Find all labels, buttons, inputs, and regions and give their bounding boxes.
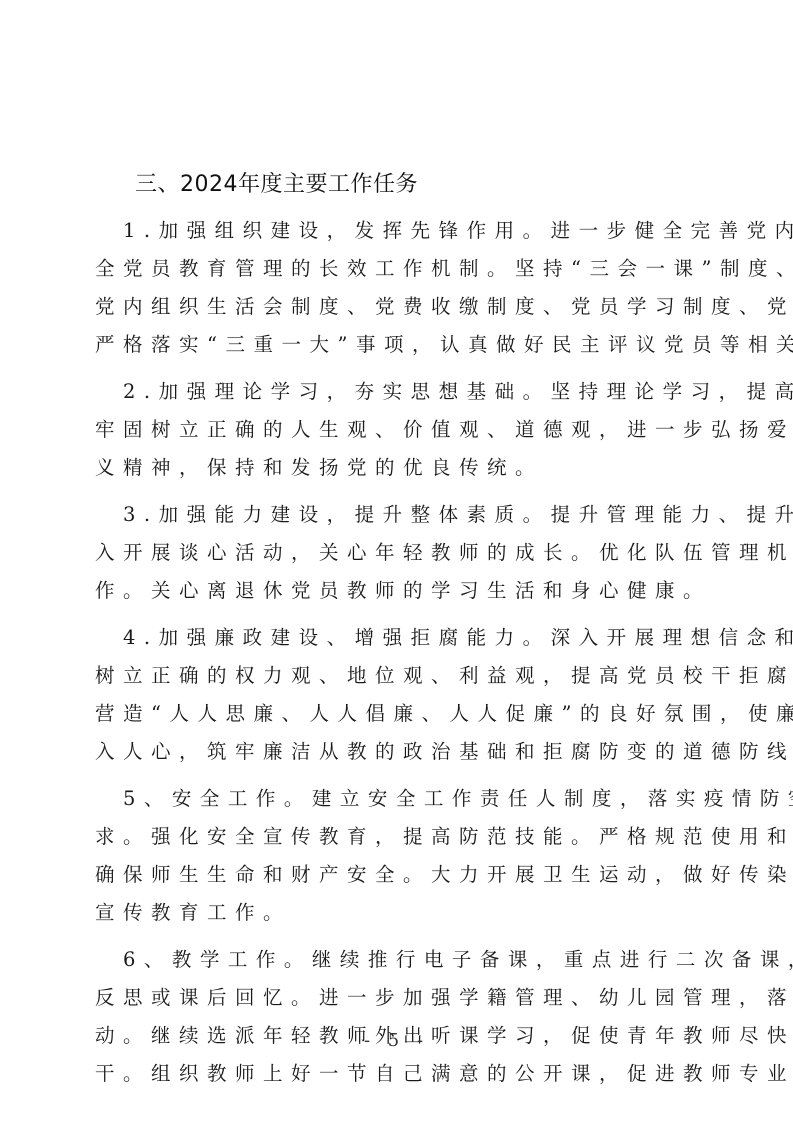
text-line: 严格落实“三重一大”事项，认真做好民主评议党员等相关工作。 — [95, 326, 700, 364]
paragraph-4: 4.加强廉政建设、增强拒腐能力。深入开展理想信念和廉洁从教教育， 树立正确的权力… — [95, 619, 700, 771]
text-line: 4.加强廉政建设、增强拒腐能力。深入开展理想信念和廉洁从教教育， — [95, 619, 700, 657]
text-line: 宣传教育工作。 — [95, 894, 700, 932]
page-number: - 5 - — [0, 1030, 793, 1051]
text-line: 党内组织生活会制度、党费收缴制度、党员学习制度、党员发展制度等。 — [95, 288, 700, 326]
text-line: 3.加强能力建设，提升整体素质。提升管理能力、提升师德水平、深 — [95, 496, 700, 534]
document-page: 三、2024年度主要工作任务 1.加强组织建设，发挥先锋作用。进一步健全完善党内… — [0, 0, 793, 1122]
text-line: 营造“人人思廉、人人倡廉、人人促廉”的良好氛围，使廉政文化建设深 — [95, 695, 700, 733]
text-line: 1.加强组织建设，发挥先锋作用。进一步健全完善党内制度，建立健 — [95, 212, 700, 250]
text-line: 求。强化安全宣传教育，提高防范技能。严格规范使用和储存好危化物品， — [95, 818, 700, 856]
text-line: 义精神，保持和发扬党的优良传统。 — [95, 449, 700, 487]
text-line: 作。关心离退休党员教师的学习生活和身心健康。 — [95, 572, 700, 610]
text-line: 干。组织教师上好一节自己满意的公开课，促进教师专业成长。 — [95, 1055, 700, 1093]
text-line: 确保师生生命和财产安全。大力开展卫生运动，做好传染性疾病的预防和 — [95, 856, 700, 894]
paragraph-2: 2.加强理论学习，夯实思想基础。坚持理论学习，提高思想政治素质。 牢固树立正确的… — [95, 373, 700, 487]
text-line: 全党员教育管理的长效工作机制。坚持“三会一课”制度、党日活动制度、 — [95, 250, 700, 288]
text-line: 入开展谈心活动，关心年轻教师的成长。优化队伍管理机制，重视退管工 — [95, 534, 700, 572]
text-line: 入人心，筑牢廉洁从教的政治基础和拒腐防变的道德防线。 — [95, 733, 700, 771]
section-heading: 三、2024年度主要工作任务 — [135, 170, 418, 200]
paragraph-1: 1.加强组织建设，发挥先锋作用。进一步健全完善党内制度，建立健 全党员教育管理的… — [95, 212, 700, 364]
text-line: 树立正确的权力观、地位观、利益观，提高党员校干拒腐防变能力。努力 — [95, 657, 700, 695]
paragraph-6: 6、教学工作。继续推行电子备课，重点进行二次备课，及时撰写教后 反思或课后回忆。… — [95, 941, 700, 1093]
document-body: 1.加强组织建设，发挥先锋作用。进一步健全完善党内制度，建立健 全党员教育管理的… — [95, 212, 700, 1102]
text-line: 6、教学工作。继续推行电子备课，重点进行二次备课，及时撰写教后 — [95, 941, 700, 979]
text-line: 牢固树立正确的人生观、价值观、道德观，进一步弘扬爱国主义、集体主 — [95, 411, 700, 449]
paragraph-5: 5、安全工作。建立安全工作责任人制度，落实疫情防空常态化防空要 求。强化安全宣传… — [95, 780, 700, 932]
text-line: 5、安全工作。建立安全工作责任人制度，落实疫情防空常态化防空要 — [95, 780, 700, 818]
text-line: 2.加强理论学习，夯实思想基础。坚持理论学习，提高思想政治素质。 — [95, 373, 700, 411]
text-line: 反思或课后回忆。进一步加强学籍管理、幼儿园管理，落实书法进课堂活 — [95, 979, 700, 1017]
paragraph-3: 3.加强能力建设，提升整体素质。提升管理能力、提升师德水平、深 入开展谈心活动，… — [95, 496, 700, 610]
